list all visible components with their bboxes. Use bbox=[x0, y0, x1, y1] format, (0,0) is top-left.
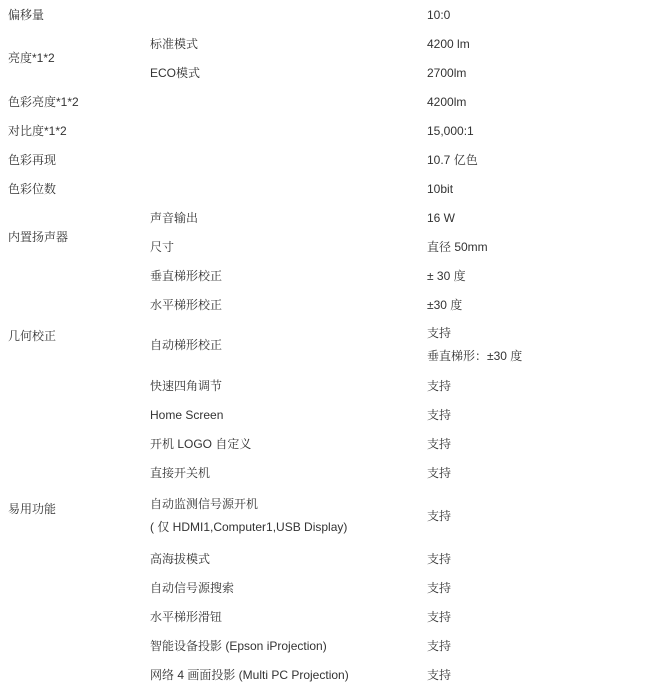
spec-subitem: 自动梯形校正 bbox=[150, 319, 427, 371]
spec-value: 支持 bbox=[427, 544, 662, 573]
spec-subitem bbox=[150, 87, 427, 116]
spec-table-body: 偏移量10:0亮度*1*2标准模式4200 lmECO模式2700lm色彩亮度*… bbox=[0, 0, 662, 683]
spec-value: 支持 bbox=[427, 429, 662, 458]
spec-group-label: 色彩亮度*1*2 bbox=[0, 87, 150, 116]
spec-value: 10:0 bbox=[427, 0, 662, 29]
spec-subitem: Home Screen bbox=[150, 400, 427, 429]
spec-group-label: 几何校正 bbox=[0, 261, 150, 400]
spec-subitem: 开机 LOGO 自定义 bbox=[150, 429, 427, 458]
spec-value: 支持 bbox=[427, 400, 662, 429]
spec-subitem bbox=[150, 0, 427, 29]
spec-group-label: 色彩再现 bbox=[0, 145, 150, 174]
spec-subitem: 自动监测信号源开机( 仅 HDMI1,Computer1,USB Display… bbox=[150, 487, 427, 544]
spec-value: 10bit bbox=[427, 174, 662, 203]
spec-group-label: 易用功能 bbox=[0, 400, 150, 683]
spec-row: 亮度*1*2标准模式4200 lm bbox=[0, 29, 662, 58]
spec-row: 色彩再现10.7 亿色 bbox=[0, 145, 662, 174]
spec-row: 色彩位数10bit bbox=[0, 174, 662, 203]
spec-subitem: 高海拔模式 bbox=[150, 544, 427, 573]
spec-value-line: 支持 bbox=[427, 322, 662, 345]
spec-value: 支持 bbox=[427, 602, 662, 631]
spec-row: 色彩亮度*1*24200lm bbox=[0, 87, 662, 116]
spec-page: 偏移量10:0亮度*1*2标准模式4200 lmECO模式2700lm色彩亮度*… bbox=[0, 0, 662, 683]
spec-subitem bbox=[150, 174, 427, 203]
spec-subitem: 水平梯形滑钮 bbox=[150, 602, 427, 631]
spec-subitem bbox=[150, 116, 427, 145]
spec-value: 支持 bbox=[427, 660, 662, 683]
spec-table: 偏移量10:0亮度*1*2标准模式4200 lmECO模式2700lm色彩亮度*… bbox=[0, 0, 662, 683]
spec-subitem: 垂直梯形校正 bbox=[150, 261, 427, 290]
spec-value-line: 垂直梯形：±30 度 bbox=[427, 345, 662, 368]
spec-group-label: 色彩位数 bbox=[0, 174, 150, 203]
spec-subitem: 标准模式 bbox=[150, 29, 427, 58]
spec-subitem: 水平梯形校正 bbox=[150, 290, 427, 319]
spec-group-label: 亮度*1*2 bbox=[0, 29, 150, 87]
spec-value: 支持 bbox=[427, 573, 662, 602]
spec-subitem: 尺寸 bbox=[150, 232, 427, 261]
spec-group-label: 偏移量 bbox=[0, 0, 150, 29]
spec-subitem: 直接开关机 bbox=[150, 458, 427, 487]
spec-value: 15,000:1 bbox=[427, 116, 662, 145]
spec-value: ± 30 度 bbox=[427, 261, 662, 290]
spec-value: 4200 lm bbox=[427, 29, 662, 58]
spec-subitem-line: 自动监测信号源开机 bbox=[150, 493, 427, 516]
spec-subitem: 自动信号源搜索 bbox=[150, 573, 427, 602]
spec-value: 16 W bbox=[427, 203, 662, 232]
spec-subitem: 快速四角调节 bbox=[150, 371, 427, 400]
spec-group-label: 对比度*1*2 bbox=[0, 116, 150, 145]
spec-subitem: 网络 4 画面投影 (Multi PC Projection) bbox=[150, 660, 427, 683]
spec-value: 支持垂直梯形：±30 度 bbox=[427, 319, 662, 371]
spec-value: 支持 bbox=[427, 631, 662, 660]
spec-subitem bbox=[150, 145, 427, 174]
spec-subitem: 声音输出 bbox=[150, 203, 427, 232]
spec-row: 内置扬声器声音输出16 W bbox=[0, 203, 662, 232]
spec-value: 支持 bbox=[427, 487, 662, 544]
spec-value: 2700lm bbox=[427, 58, 662, 87]
spec-value: 支持 bbox=[427, 371, 662, 400]
spec-subitem: ECO模式 bbox=[150, 58, 427, 87]
spec-subitem-line: ( 仅 HDMI1,Computer1,USB Display) bbox=[150, 516, 427, 539]
spec-row: 对比度*1*215,000:1 bbox=[0, 116, 662, 145]
spec-value: 4200lm bbox=[427, 87, 662, 116]
spec-subitem: 智能设备投影 (Epson iProjection) bbox=[150, 631, 427, 660]
spec-value: 支持 bbox=[427, 458, 662, 487]
spec-row: 偏移量10:0 bbox=[0, 0, 662, 29]
spec-group-label: 内置扬声器 bbox=[0, 203, 150, 261]
spec-value: ±30 度 bbox=[427, 290, 662, 319]
spec-row: 几何校正垂直梯形校正± 30 度 bbox=[0, 261, 662, 290]
spec-row: 易用功能Home Screen支持 bbox=[0, 400, 662, 429]
spec-value: 直径 50mm bbox=[427, 232, 662, 261]
spec-value: 10.7 亿色 bbox=[427, 145, 662, 174]
